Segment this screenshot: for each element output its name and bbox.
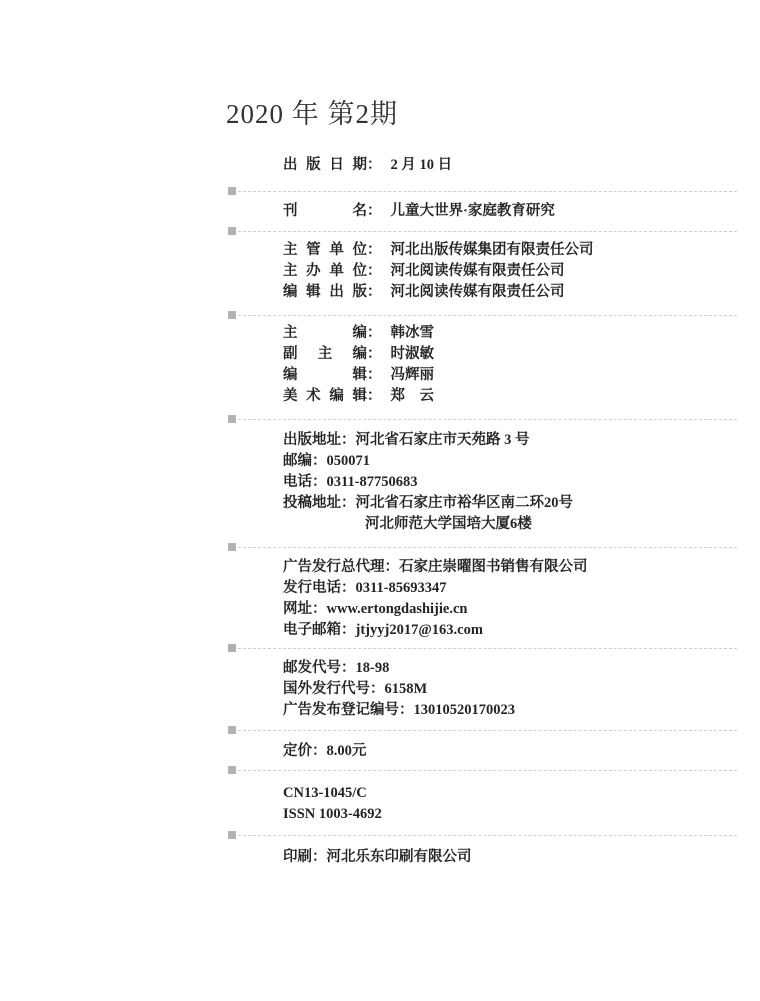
deputy-chief-editor-colon: ： bbox=[367, 346, 382, 362]
issn-number-text: ISSN 1003-4692 bbox=[283, 806, 382, 822]
divider-line bbox=[238, 547, 737, 548]
editor-publisher-colon: ： bbox=[367, 284, 382, 300]
art-editor-colon: ： bbox=[367, 388, 382, 404]
editor-colon: ： bbox=[367, 367, 382, 383]
ad-license-row: 广告发布登记编号：13010520170023 bbox=[283, 700, 515, 721]
pub-date-label: 出版日期 bbox=[283, 155, 367, 176]
section-divider bbox=[228, 543, 737, 551]
supervisor-row: 主管单位：河北出版传媒集团有限责任公司 bbox=[283, 240, 594, 261]
dist-phone-row: 发行电话：0311-85693347 bbox=[283, 578, 447, 599]
foreign-dist-code-row: 国外发行代号：6158M bbox=[283, 679, 427, 700]
cn-number-row: CN13-1045/C bbox=[283, 783, 367, 804]
section-divider bbox=[228, 644, 737, 652]
postal-code-text: 邮编：050071 bbox=[283, 453, 370, 469]
divider-line bbox=[238, 770, 737, 771]
price-row: 定价：8.00元 bbox=[283, 741, 366, 762]
supervisor-value: 河北出版传媒集团有限责任公司 bbox=[391, 242, 594, 258]
divider-line bbox=[238, 231, 737, 232]
website-text: 网址：www.ertongdashijie.cn bbox=[283, 601, 467, 617]
editor-row: 编辑：冯辉丽 bbox=[283, 365, 434, 386]
divider-line bbox=[238, 730, 737, 731]
postal-dist-code-row: 邮发代号：18-98 bbox=[283, 658, 389, 679]
pub-date-value: 2 月 10 日 bbox=[391, 157, 453, 173]
divider-marker-icon bbox=[228, 543, 236, 551]
divider-marker-icon bbox=[228, 726, 236, 734]
email-row: 电子邮箱：jtjyyj2017@163.com bbox=[283, 620, 483, 641]
pub-address-text: 出版地址：河北省石家庄市天苑路 3 号 bbox=[283, 432, 530, 448]
editor-label: 编辑 bbox=[283, 365, 367, 386]
art-editor-value: 郑 云 bbox=[391, 388, 435, 404]
chief-editor-row: 主编：韩冰雪 bbox=[283, 323, 434, 344]
submission-address-row-2: 河北师范大学国培大厦6楼 bbox=[283, 514, 532, 535]
art-editor-label: 美术编辑 bbox=[283, 386, 367, 407]
submission-address-line2: 河北师范大学国培大厦6楼 bbox=[365, 516, 532, 532]
price-text: 定价：8.00元 bbox=[283, 743, 366, 759]
editor-publisher-value: 河北阅读传媒有限责任公司 bbox=[391, 284, 565, 300]
phone-text: 电话：0311-87750683 bbox=[283, 474, 418, 490]
divider-marker-icon bbox=[228, 766, 236, 774]
journal-name-label: 刊名 bbox=[283, 201, 367, 222]
section-divider bbox=[228, 726, 737, 734]
section-divider bbox=[228, 831, 737, 839]
chief-editor-value: 韩冰雪 bbox=[391, 325, 435, 341]
phone-row: 电话：0311-87750683 bbox=[283, 472, 418, 493]
divider-line bbox=[238, 191, 737, 192]
pub-date-row: 出版日期：2 月 10 日 bbox=[283, 155, 452, 176]
journal-name-value: 儿童大世界·家庭教育研究 bbox=[391, 203, 555, 219]
divider-line bbox=[238, 315, 737, 316]
submission-address-line1: 投稿地址：河北省石家庄市裕华区南二环20号 bbox=[283, 495, 573, 511]
divider-line bbox=[238, 419, 737, 420]
postal-dist-code-text: 邮发代号：18-98 bbox=[283, 660, 389, 676]
foreign-dist-code-text: 国外发行代号：6158M bbox=[283, 681, 427, 697]
email-text: 电子邮箱：jtjyyj2017@163.com bbox=[283, 622, 483, 638]
divider-marker-icon bbox=[228, 415, 236, 423]
pub-date-colon: ： bbox=[367, 157, 382, 173]
sponsor-row: 主办单位：河北阅读传媒有限责任公司 bbox=[283, 261, 565, 282]
section-divider bbox=[228, 311, 737, 319]
supervisor-label: 主管单位 bbox=[283, 240, 367, 261]
deputy-chief-editor-label: 副主编 bbox=[283, 344, 367, 365]
editor-publisher-label: 编辑出版 bbox=[283, 282, 367, 303]
divider-marker-icon bbox=[228, 227, 236, 235]
ad-agent-row: 广告发行总代理：石家庄崇曜图书销售有限公司 bbox=[283, 557, 588, 578]
website-row: 网址：www.ertongdashijie.cn bbox=[283, 599, 467, 620]
divider-marker-icon bbox=[228, 831, 236, 839]
printer-text: 印刷：河北乐东印刷有限公司 bbox=[283, 849, 472, 865]
divider-marker-icon bbox=[228, 644, 236, 652]
section-divider bbox=[228, 415, 737, 423]
printer-row: 印刷：河北乐东印刷有限公司 bbox=[283, 847, 472, 868]
sponsor-value: 河北阅读传媒有限责任公司 bbox=[391, 263, 565, 279]
divider-marker-icon bbox=[228, 187, 236, 195]
art-editor-row: 美术编辑：郑 云 bbox=[283, 386, 434, 407]
dist-phone-text: 发行电话：0311-85693347 bbox=[283, 580, 447, 596]
cn-number-text: CN13-1045/C bbox=[283, 785, 367, 801]
section-divider bbox=[228, 766, 737, 774]
postal-code-row: 邮编：050071 bbox=[283, 451, 370, 472]
sponsor-colon: ： bbox=[367, 263, 382, 279]
chief-editor-colon: ： bbox=[367, 325, 382, 341]
divider-marker-icon bbox=[228, 311, 236, 319]
section-divider bbox=[228, 187, 737, 195]
submission-address-row: 投稿地址：河北省石家庄市裕华区南二环20号 bbox=[283, 493, 573, 514]
ad-agent-text: 广告发行总代理：石家庄崇曜图书销售有限公司 bbox=[283, 559, 588, 575]
editor-value: 冯辉丽 bbox=[391, 367, 435, 383]
deputy-chief-editor-value: 时淑敏 bbox=[391, 346, 435, 362]
divider-line bbox=[238, 648, 737, 649]
section-divider bbox=[228, 227, 737, 235]
deputy-chief-editor-row: 副主编：时淑敏 bbox=[283, 344, 434, 365]
chief-editor-label: 主编 bbox=[283, 323, 367, 344]
journal-name-row: 刊名：儿童大世界·家庭教育研究 bbox=[283, 201, 555, 222]
issn-number-row: ISSN 1003-4692 bbox=[283, 804, 382, 825]
colophon-page: 2020 年 第2期 出版日期：2 月 10 日 刊名：儿童大世界·家庭教育研究… bbox=[0, 0, 760, 1001]
supervisor-colon: ： bbox=[367, 242, 382, 258]
sponsor-label: 主办单位 bbox=[283, 261, 367, 282]
journal-name-colon: ： bbox=[367, 203, 382, 219]
divider-line bbox=[238, 835, 737, 836]
editor-publisher-row: 编辑出版：河北阅读传媒有限责任公司 bbox=[283, 282, 565, 303]
issue-title: 2020 年 第2期 bbox=[226, 92, 398, 131]
ad-license-text: 广告发布登记编号：13010520170023 bbox=[283, 702, 515, 718]
pub-address-row: 出版地址：河北省石家庄市天苑路 3 号 bbox=[283, 430, 530, 451]
